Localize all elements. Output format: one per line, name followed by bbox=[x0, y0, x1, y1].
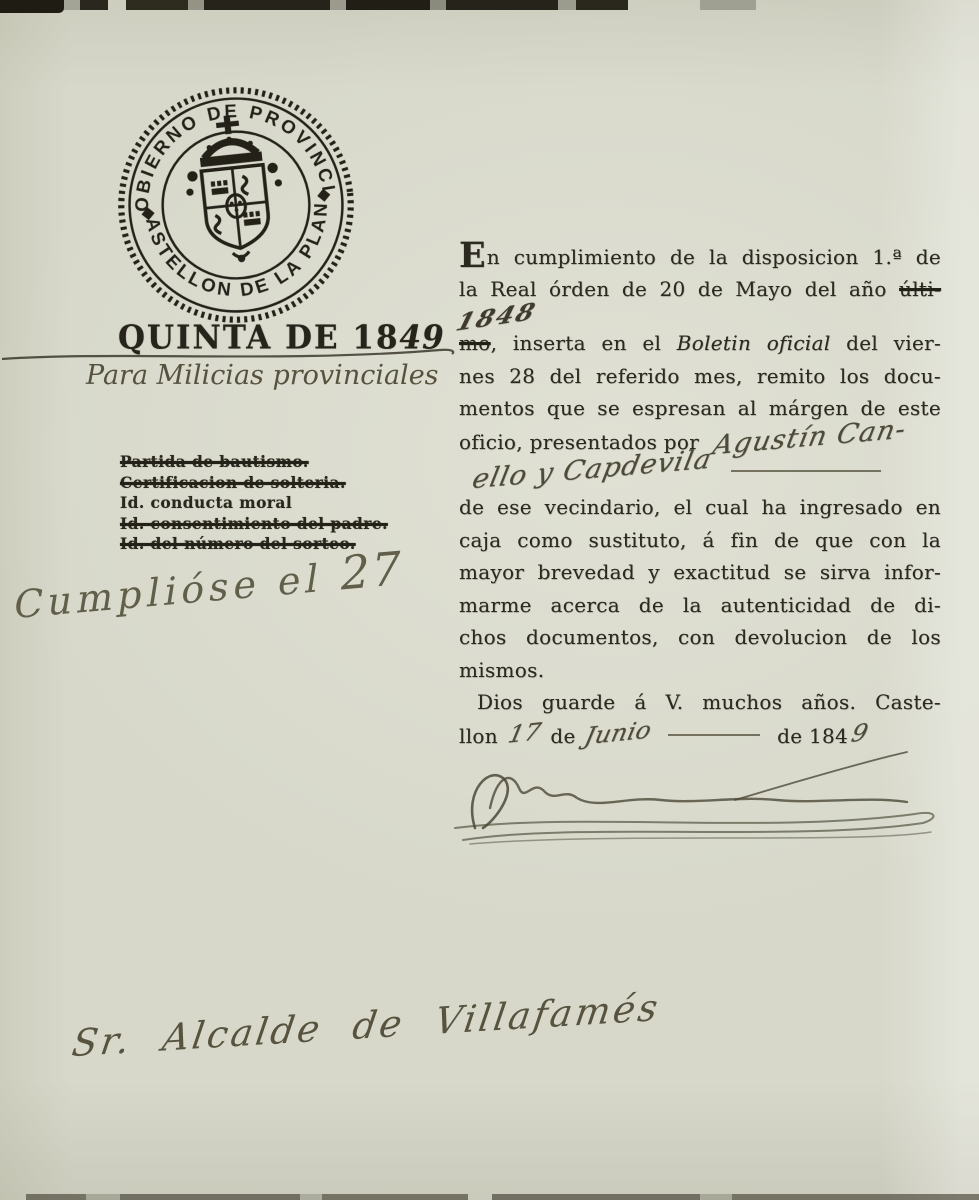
handwritten-subtitle: Para Milicias provinciales bbox=[86, 360, 439, 391]
struck-printed-word: últi- bbox=[899, 277, 941, 301]
ink-dash bbox=[731, 470, 881, 472]
body-text: del vier- bbox=[831, 331, 941, 355]
body-text: llon bbox=[459, 724, 505, 748]
scan-edge-corner-artifact bbox=[0, 0, 64, 13]
body-line: marme acerca de la autenticidad de di- bbox=[459, 589, 941, 622]
dropcap-letter: E bbox=[459, 235, 487, 276]
handwritten-month: Junio bbox=[582, 713, 655, 752]
signature-flourish bbox=[435, 748, 945, 856]
body-line: de ese vecindario, el cual ha ingresado … bbox=[459, 491, 941, 524]
ink-dash bbox=[668, 734, 760, 736]
body-text: de 184 bbox=[770, 724, 848, 748]
body-text: n cumplimiento de la disposicion 1.ª de bbox=[487, 245, 941, 269]
body-line: mismos. bbox=[459, 654, 941, 687]
body-text-italic: Boletin oficial bbox=[677, 331, 831, 355]
body-line: caja como sustituto, á fin de que con la bbox=[459, 524, 941, 557]
government-seal-stamp: GOBIERNO DE PROVINCIA CASTELLON DE LA PL… bbox=[100, 68, 373, 343]
scan-edge-bottom-artifact bbox=[0, 1194, 979, 1200]
body-line: ello y Capdevila bbox=[459, 457, 941, 491]
body-text: , inserta en el bbox=[491, 331, 677, 355]
body-line: chos documentos, con devolucion de los bbox=[459, 621, 941, 654]
margin-list-item: Partida de bautismo. bbox=[120, 452, 388, 473]
body-line: En cumplimiento de la disposicion 1.ª de bbox=[459, 240, 941, 273]
margin-document-list: Partida de bautismo. Certificacion de so… bbox=[120, 452, 388, 555]
closing-line: Dios guarde á V. muchos años. Caste- bbox=[459, 686, 941, 719]
margin-note-text: Cumplióse el bbox=[11, 556, 327, 628]
handwritten-year-digit: 9 bbox=[848, 716, 871, 750]
body-text: de bbox=[544, 724, 583, 748]
closing-date-line: llon 17 de Junio de 1849 bbox=[459, 719, 941, 752]
handwritten-day: 17 bbox=[505, 715, 544, 751]
margin-list-item: Certificacion de solteria. bbox=[120, 473, 388, 494]
letter-body: En cumplimiento de la disposicion 1.ª de… bbox=[459, 240, 941, 751]
margin-list-item: Id. conducta moral bbox=[120, 493, 388, 514]
handwritten-address: Sr. Alcalde de Villafamés bbox=[69, 986, 663, 1065]
document-page: GOBIERNO DE PROVINCIA CASTELLON DE LA PL… bbox=[0, 0, 979, 1200]
coat-of-arms bbox=[179, 111, 290, 268]
body-line: mo, inserta en el Boletin oficial del vi… bbox=[459, 327, 941, 360]
body-line: nes 28 del referido mes, remito los docu… bbox=[459, 360, 941, 393]
scan-edge-top-artifact bbox=[0, 0, 770, 10]
margin-list-item: Id. consentimiento del padre. bbox=[120, 514, 388, 535]
body-line: mayor brevedad y exactitud se sirva info… bbox=[459, 556, 941, 589]
margin-note-number: 27 bbox=[336, 541, 407, 601]
